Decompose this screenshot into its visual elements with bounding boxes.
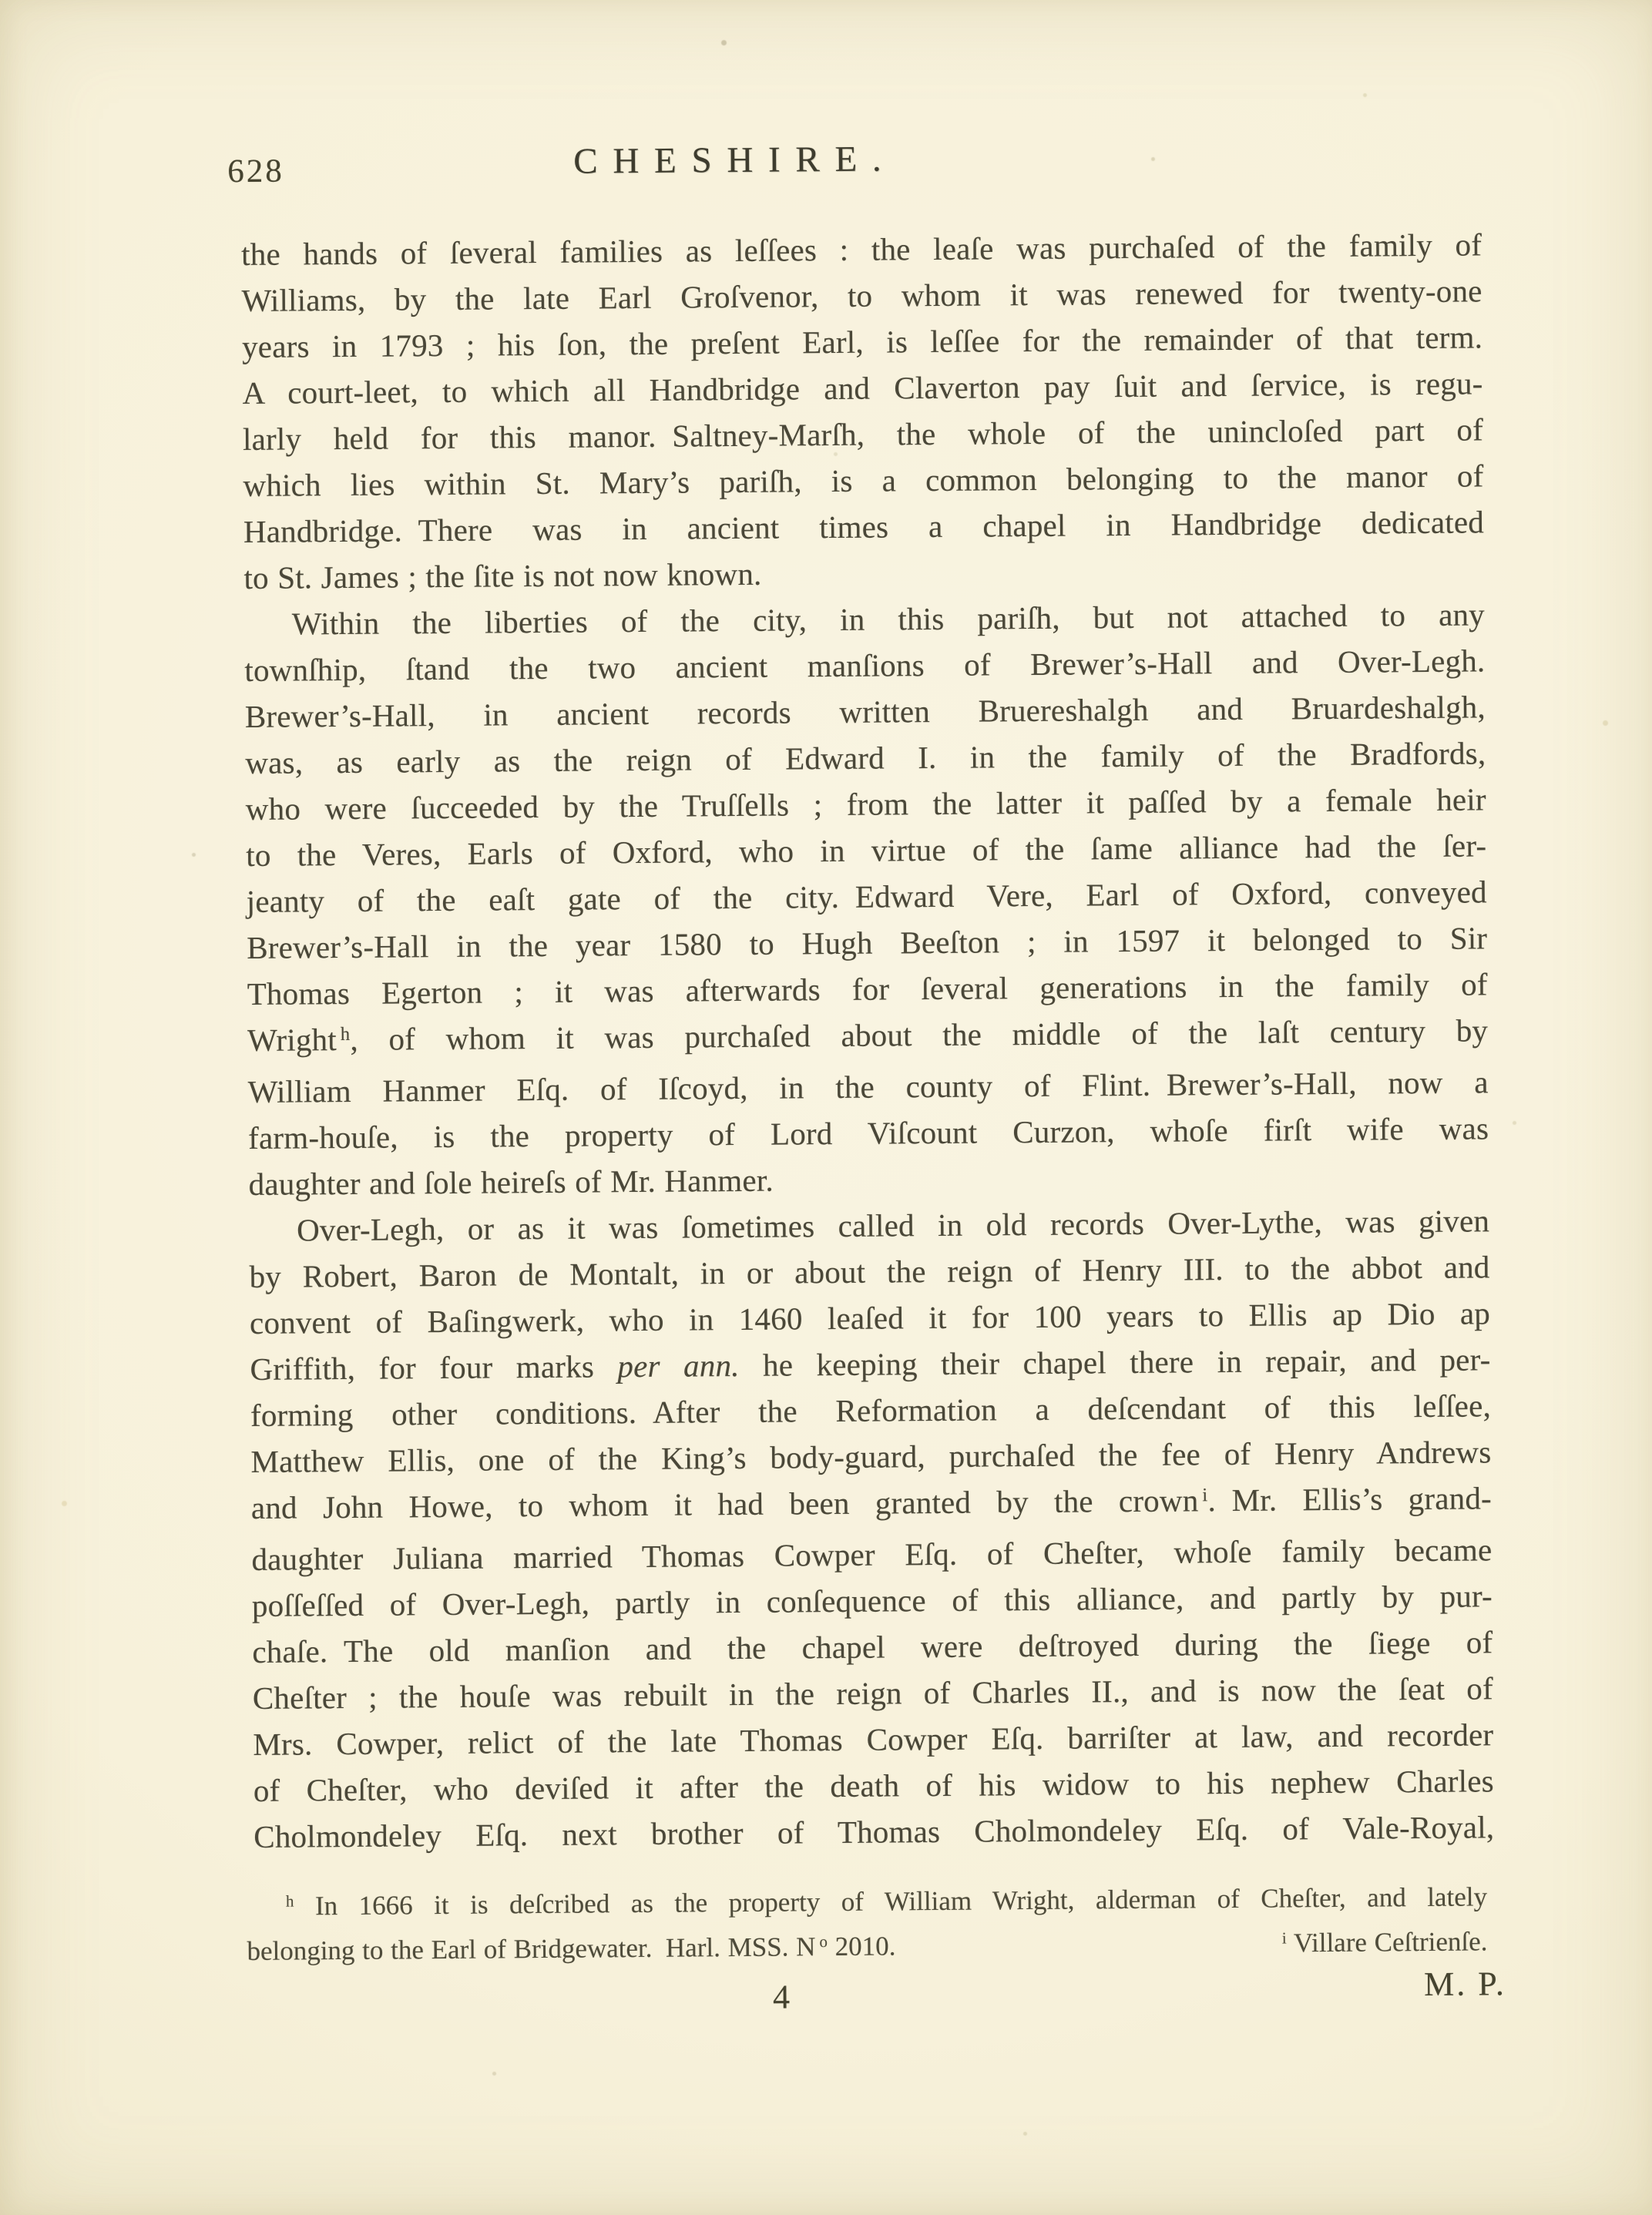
- superscript-footnote-marker: i: [1278, 1928, 1287, 1947]
- footnote-line: belonging to the Earl of Bridgewater. Ha…: [247, 1921, 1487, 1975]
- superscript-footnote-marker: o: [815, 1932, 828, 1951]
- text-run: In 1666 it is deſcribed as the property …: [294, 1881, 1487, 1921]
- footnote-block: h In 1666 it is deſcribed as the propert…: [247, 1876, 1488, 1975]
- footnote-citation: belonging to the Earl of Bridgewater. Ha…: [247, 1925, 895, 1975]
- footnote-citation: i Villare Ceſtrienſe.: [1278, 1921, 1488, 1967]
- printer-initials: M. P.: [1424, 1964, 1506, 2004]
- signature-mark: 4: [773, 1977, 790, 2016]
- book-page-scan: 628 CHESHIRE. the hands of ſeveral famil…: [0, 0, 1652, 2215]
- text-run: 2010.: [828, 1931, 896, 1962]
- text-run: belonging to the Earl of Bridgewater. Ha…: [247, 1931, 815, 1966]
- superscript-footnote-marker: h: [282, 1892, 294, 1911]
- text-run: Villare Ceſtrienſe.: [1287, 1926, 1488, 1958]
- page-lower: h In 1666 it is deſcribed as the propert…: [0, 0, 1652, 2215]
